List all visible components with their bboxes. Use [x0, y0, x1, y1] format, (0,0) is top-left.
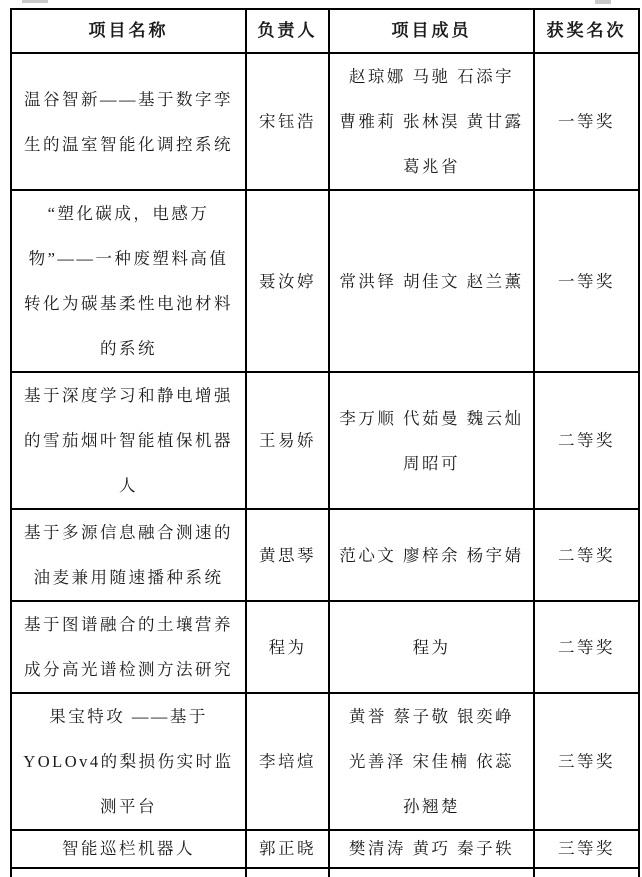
table-row: 基于图谱融合的土壤营养成分高光谱检测方法研究 程为 程为 二等奖 [11, 601, 639, 693]
project-name: 基于深度学习和静电增强的雪茄烟叶智能植保机器人 [11, 372, 246, 509]
table-row: “塑化碳成，电感万物”——一种废塑料高值转化为碳基柔性电池材料的系统 聂汝婷 常… [11, 190, 639, 372]
project-name: “塑化碳成，电感万物”——一种废塑料高值转化为碳基柔性电池材料的系统 [11, 190, 246, 372]
award-rank: 二等奖 [534, 509, 639, 601]
award-rank: 二等奖 [534, 372, 639, 509]
table-row: 果宝特攻 ——基于YOLOv4的梨损伤实时监测平台 李培煊 黄誉 蔡子敬 银奕峥… [11, 693, 639, 771]
award-rank: 一等奖 [534, 53, 639, 190]
column-header-award-rank: 获奖名次 [534, 9, 639, 53]
project-name: 基于图谱融合的土壤营养成分高光谱检测方法研究 [11, 601, 246, 693]
project-members: 常洪铎 胡佳文 赵兰薰 [329, 190, 534, 372]
project-members: 赵琼娜 马驰 石添宇 曹雅莉 张林淏 黄甘露 葛兆省 [329, 53, 534, 190]
table-row: 基于多源信息融合测速的油麦兼用随速播种系统 黄思琴 范心文 廖梓余 杨宇婧 二等… [11, 509, 639, 601]
award-rank: 二等奖 [534, 601, 639, 693]
table-row: 基于深度学习和静电增强的雪茄烟叶智能植保机器人 王易娇 李万顺 代茹曼 魏云灿 … [11, 372, 639, 509]
header-row: 项目名称 负责人 项目成员 获奖名次 [11, 9, 639, 53]
project-members: 黄誉 蔡子敬 银奕峥 光善泽 宋佳楠 依蕊 孙翘楚 [329, 693, 534, 771]
column-header-leader: 负责人 [246, 9, 329, 53]
project-members: 李万顺 代茹曼 魏云灿 周昭可 [329, 372, 534, 509]
project-leader: 王易娇 [246, 372, 329, 509]
project-name: 果宝特攻 ——基于YOLOv4的梨损伤实时监测平台 [11, 693, 246, 771]
project-name: 温谷智新——基于数字孪生的温室智能化调控系统 [11, 53, 246, 190]
table-row: 温谷智新——基于数字孪生的温室智能化调控系统 宋钰浩 赵琼娜 马驰 石添宇 曹雅… [11, 53, 639, 190]
column-header-project-name: 项目名称 [11, 9, 246, 53]
screen-edge-artifact [595, 0, 611, 4]
project-members: 程为 [329, 601, 534, 693]
project-leader: 聂汝婷 [246, 190, 329, 372]
award-results-table-container: 项目名称 负责人 项目成员 获奖名次 温谷智新——基于数字孪生的温室智能化调控系… [10, 8, 640, 771]
project-members: 范心文 廖梓余 杨宇婧 [329, 509, 534, 601]
award-results-table: 项目名称 负责人 项目成员 获奖名次 温谷智新——基于数字孪生的温室智能化调控系… [10, 8, 640, 771]
award-rank: 三等奖 [534, 693, 639, 771]
project-name: 基于多源信息融合测速的油麦兼用随速播种系统 [11, 509, 246, 601]
project-leader: 黄思琴 [246, 509, 329, 601]
award-rank: 一等奖 [534, 190, 639, 372]
column-header-members: 项目成员 [329, 9, 534, 53]
project-leader: 宋钰浩 [246, 53, 329, 190]
project-leader: 李培煊 [246, 693, 329, 771]
project-leader: 程为 [246, 601, 329, 693]
screen-edge-artifact [22, 0, 48, 3]
